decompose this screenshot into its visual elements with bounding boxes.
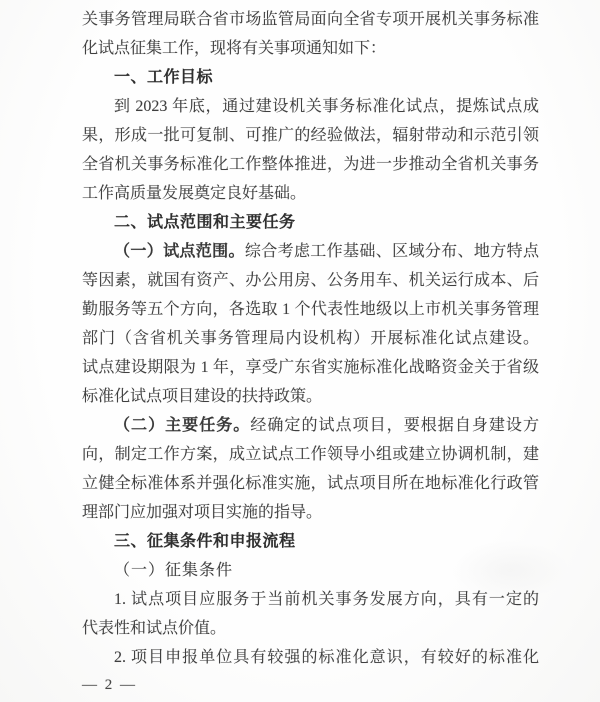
document-line: 部门（含省机关事务管理局内设机构）开展标准化试点建设。 [82,324,539,353]
document-content: 关事务管理局联合省市场监管局面向全省专项开展机关事务标准 化试点征集工作，现将有… [82,5,539,698]
document-line: （一）试点范围。综合考虑工作基础、区域分布、地方特点 [82,237,539,266]
document-line: 代表性和试点价值。 [82,614,539,643]
document-line: 理部门应加强对项目实施的指导。 [82,498,539,527]
document-line: 1. 试点项目应服务于当前机关事务发展方向，具有一定的 [82,585,539,614]
document-line: 立健全标准体系并强化标准实施，试点项目所在地标准化行政管 [82,469,539,498]
section-heading-work-goals: 一、工作目标 [82,63,539,92]
document-line: 标准化试点项目建设的扶持政策。 [82,382,539,411]
document-line: 到 2023 年底，通过建设机关事务标准化试点，提炼试点成 [82,92,539,121]
document-line: 试点建设期限为 1 年，享受广东省实施标准化战略资金关于省级 [82,353,539,382]
page-number: — 2 — [82,672,539,698]
document-line: 向，制定工作方案，成立试点工作领导小组或建立协调机制，建 [82,440,539,469]
document-line: 全省机关事务标准化工作整体推进，为进一步推动全省机关事务 [82,150,539,179]
document-line: 2. 项目申报单位具有较强的标准化意识，有较好的标准化 [82,643,539,672]
subsection-heading-conditions: （一）征集条件 [82,556,539,585]
section-heading-scope-tasks: 二、试点范围和主要任务 [82,208,539,237]
line-text: 综合考虑工作基础、区域分布、地方特点 [245,243,539,260]
document-line: （二）主要任务。经确定的试点项目，要根据自身建设方 [82,411,539,440]
document-line: 果，形成一批可复制、可推广的经验做法，辐射带动和示范引领 [82,121,539,150]
document-line: 关事务管理局联合省市场监管局面向全省专项开展机关事务标准 [82,5,539,34]
document-line: 勤服务等五个方向，各选取 1 个代表性地级以上市机关事务管理 [82,295,539,324]
document-line: 等因素，就国有资产、办公用房、公务用车、机关运行成本、后 [82,266,539,295]
paragraph-lead: （二）主要任务。 [114,417,250,434]
section-heading-conditions-process: 三、征集条件和申报流程 [82,527,539,556]
document-page: 关事务管理局联合省市场监管局面向全省专项开展机关事务标准 化试点征集工作，现将有… [0,0,600,702]
paragraph-lead: （一）试点范围。 [114,243,245,260]
document-line: 工作高质量发展奠定良好基础。 [82,179,539,208]
document-line: 化试点征集工作，现将有关事项通知如下： [82,34,539,63]
line-text: 经确定的试点项目，要根据自身建设方 [250,417,539,434]
